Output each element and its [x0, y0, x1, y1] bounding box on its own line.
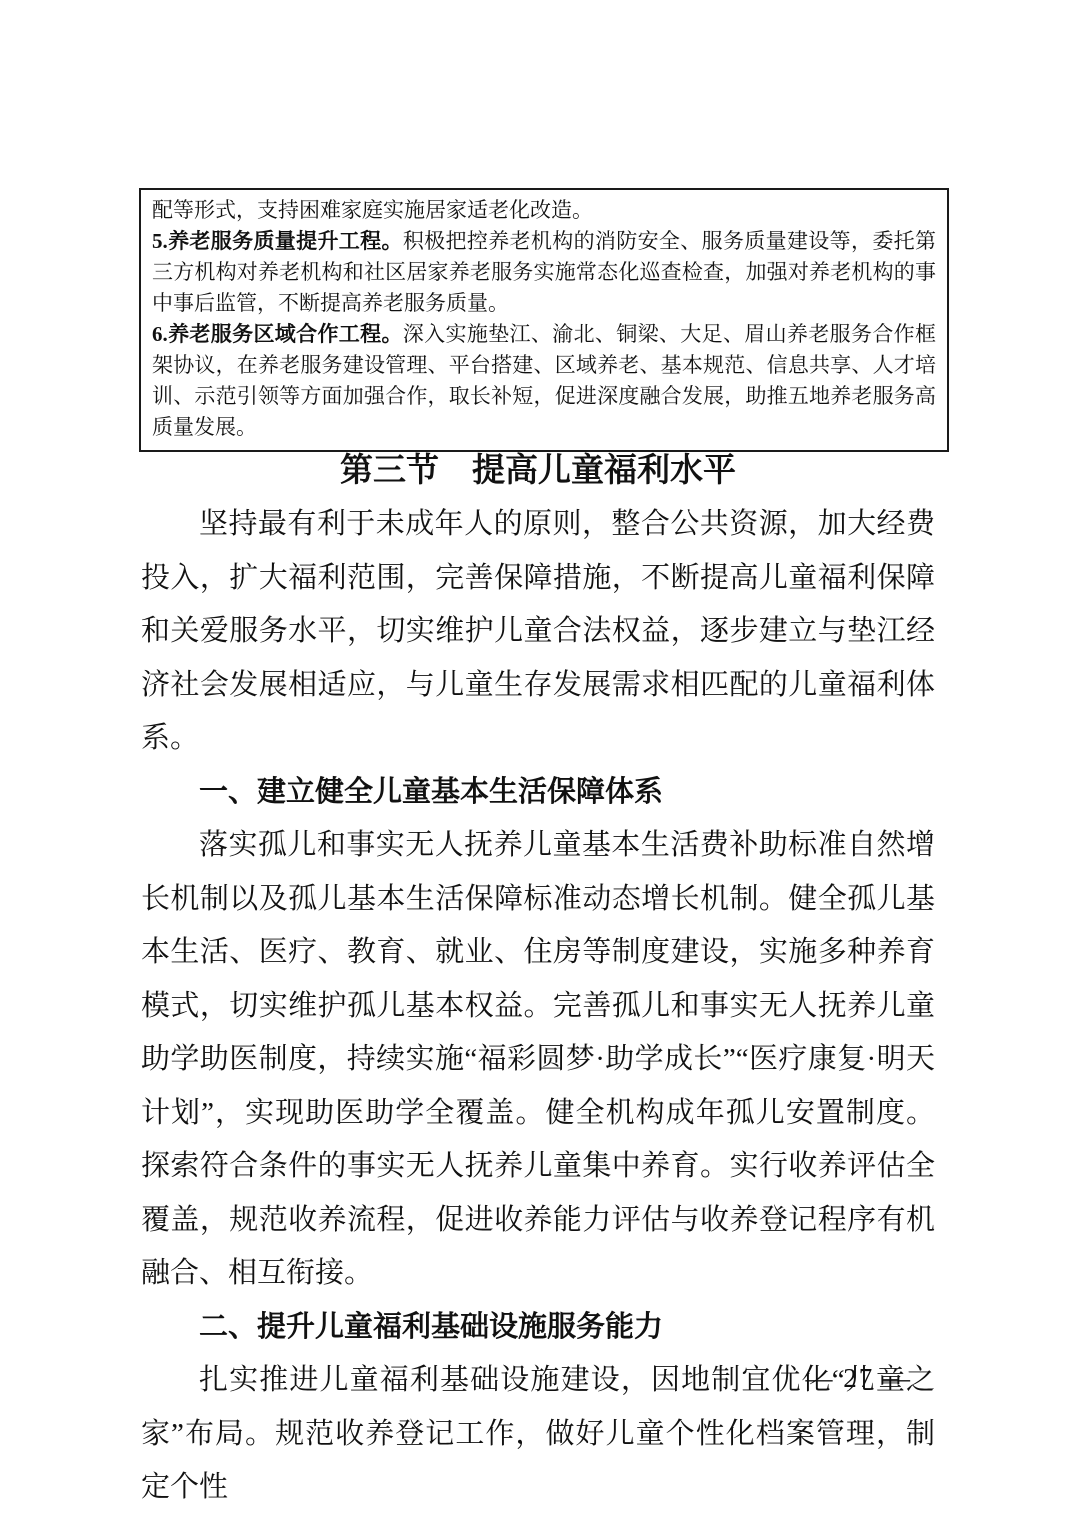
section-title: 第三节 提高儿童福利水平: [141, 444, 935, 498]
callout-item-text: 配等形式，支持困难家庭实施居家适老化改造。: [152, 198, 593, 222]
document-page: 配等形式，支持困难家庭实施居家适老化改造。 5.养老服务质量提升工程。积极把控养…: [0, 0, 1074, 1520]
section-content: 第三节 提高儿童福利水平 坚持最有利于未成年人的原则，整合公共资源，加大经费投入…: [141, 444, 935, 1515]
callout-box: 配等形式，支持困难家庭实施居家适老化改造。 5.养老服务质量提升工程。积极把控养…: [139, 188, 949, 452]
callout-item: 配等形式，支持困难家庭实施居家适老化改造。: [152, 195, 936, 226]
callout-item-lead: 6.养老服务区域合作工程。: [152, 322, 403, 346]
intro-paragraph: 坚持最有利于未成年人的原则，整合公共资源，加大经费投入，扩大福利范围，完善保障措…: [141, 498, 935, 766]
subsection-heading-1: 一、建立健全儿童基本生活保障体系: [141, 766, 935, 820]
subsection-heading-2: 二、提升儿童福利基础设施服务能力: [141, 1301, 935, 1355]
page-number: — 27 —: [806, 1363, 913, 1394]
callout-item: 6.养老服务区域合作工程。深入实施垫江、渝北、铜梁、大足、眉山养老服务合作框架协…: [152, 319, 936, 443]
callout-item-lead: 5.养老服务质量提升工程。: [152, 229, 403, 253]
subsection-body-1: 落实孤儿和事实无人抚养儿童基本生活费补助标准自然增长机制以及孤儿基本生活保障标准…: [141, 819, 935, 1301]
callout-item: 5.养老服务质量提升工程。积极把控养老机构的消防安全、服务质量建设等，委托第三方…: [152, 226, 936, 319]
